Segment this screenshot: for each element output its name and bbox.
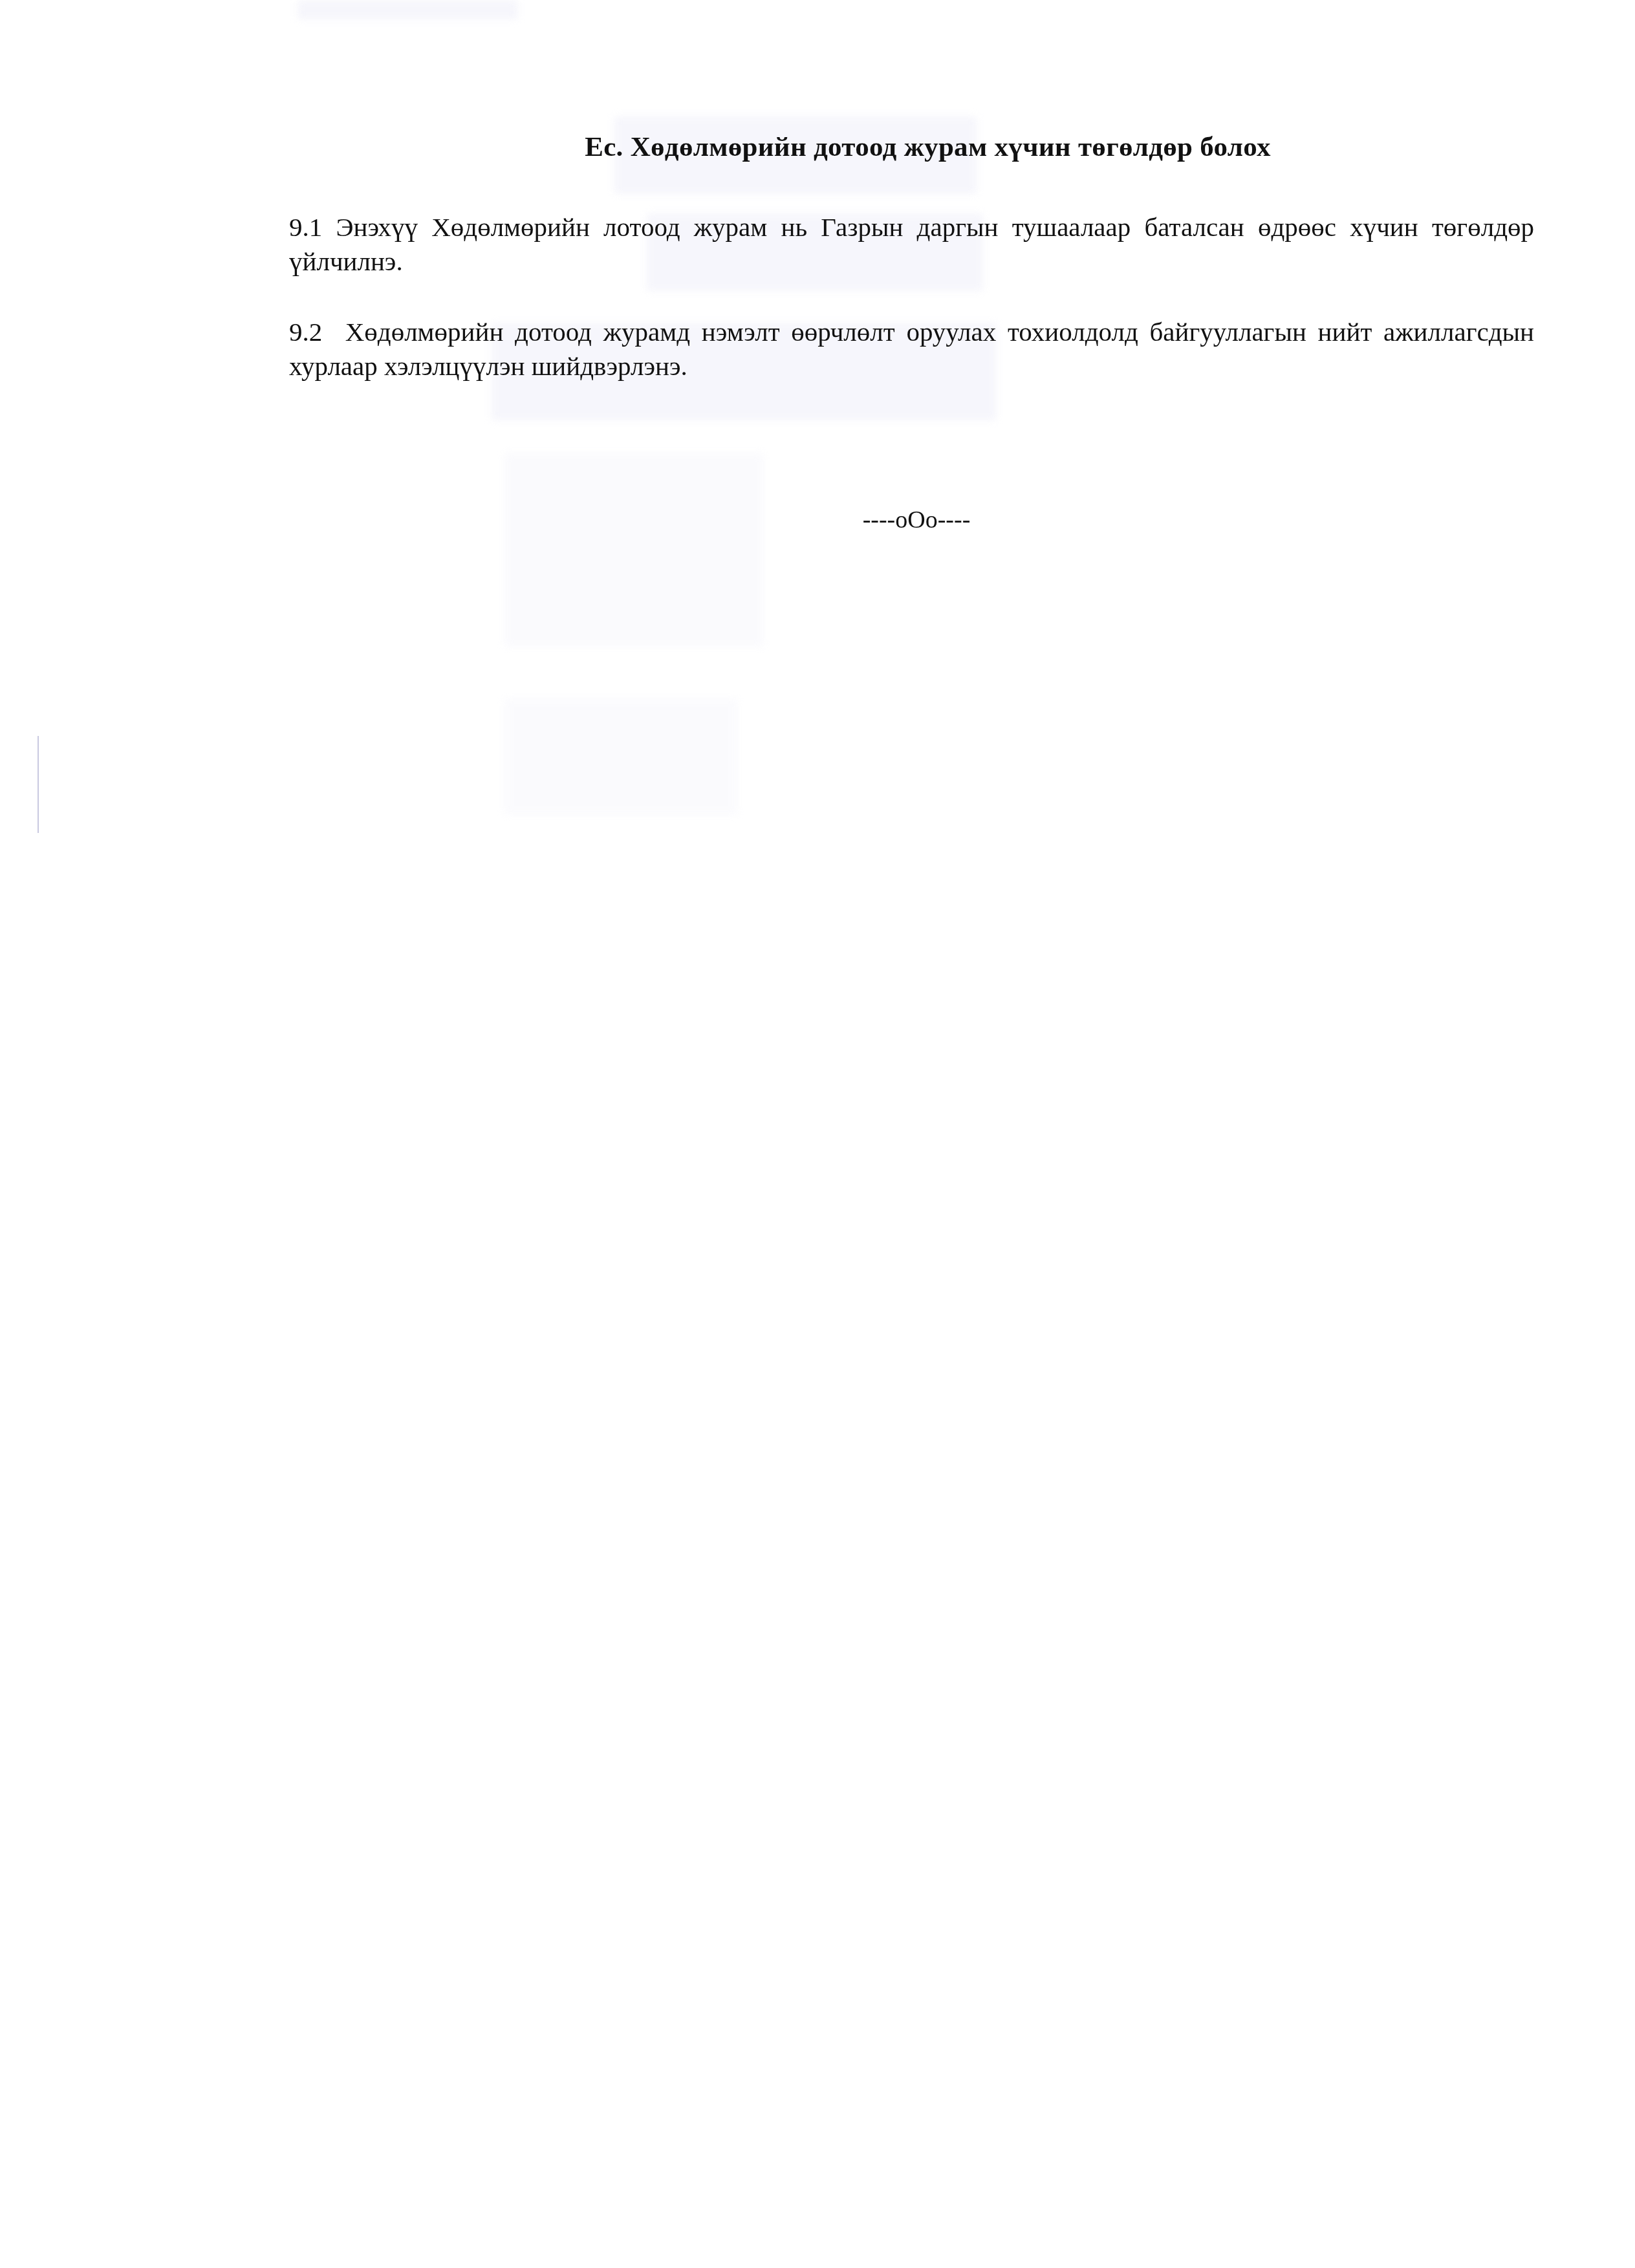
section-title: Ес. Хөдөлмөрийн дотоод журам хүчин төгөл…	[289, 131, 1534, 163]
scan-shadow-mid	[504, 453, 763, 647]
scan-edge-line	[38, 736, 39, 833]
clause-9-1: 9.1 Энэхүү Хөдөлмөрийн лотоод журам нь Г…	[289, 210, 1534, 279]
clause-text: Хөдөлмөрийн дотоод журамд нэмэлт өөрчлөл…	[289, 317, 1534, 381]
scan-shadow-top	[298, 0, 517, 19]
clause-text: Энэхүү Хөдөлмөрийн лотоод журам нь Газры…	[289, 212, 1534, 276]
clause-9-2: 9.2 Хөдөлмөрийн дотоод журамд нэмэлт өөр…	[289, 315, 1534, 383]
clause-number: 9.1	[289, 212, 322, 242]
scan-shadow-bleed	[504, 698, 737, 815]
clause-number: 9.2	[289, 317, 322, 347]
end-ornament: ----oOo----	[289, 506, 1534, 534]
